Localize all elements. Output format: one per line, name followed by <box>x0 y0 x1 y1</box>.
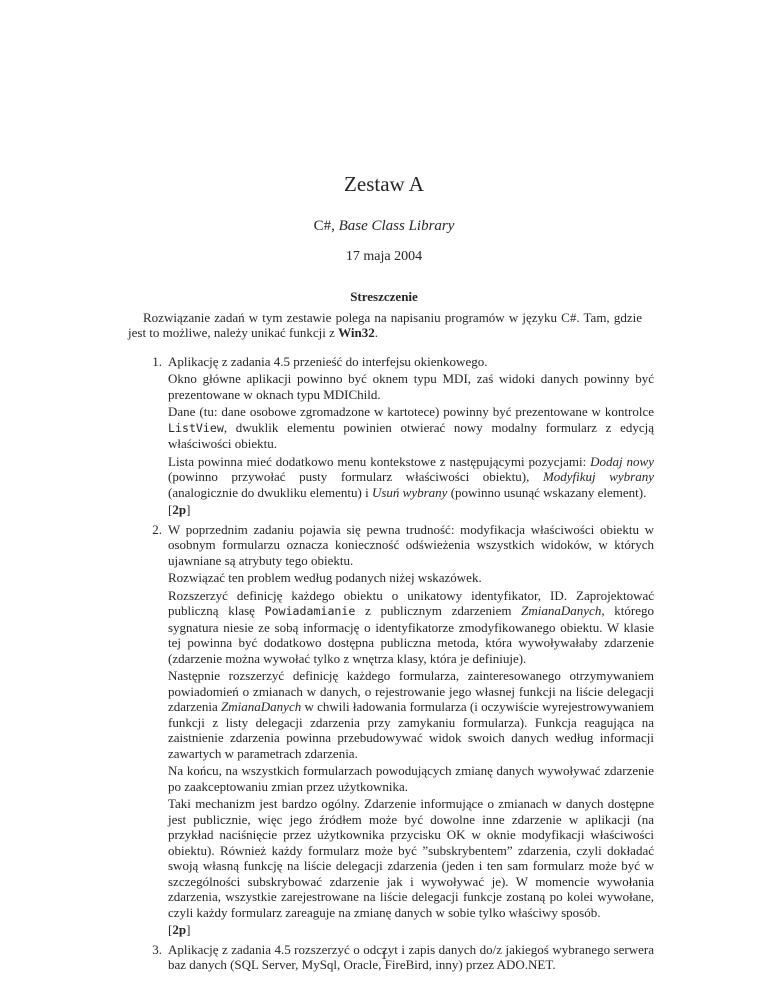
text-segment: Dodaj nowy <box>590 454 654 469</box>
document-subtitle: C#, Base Class Library <box>0 217 768 235</box>
task-paragraph: W poprzednim zadaniu pojawia się pewna t… <box>168 522 654 569</box>
text-segment: Usuń wybrany <box>372 485 447 500</box>
text-segment: 2p <box>172 502 186 517</box>
text-segment: Win32 <box>338 325 375 340</box>
text-segment: Modyfikuj wybrany <box>543 469 654 484</box>
text-segment: 2p <box>172 922 186 937</box>
task-paragraph: Rozwiązać ten problem według podanych ni… <box>168 570 654 586</box>
task-paragraph: Lista powinna mieć dodatkowo menu kontek… <box>168 454 654 501</box>
text-segment: , dwuklik elementu powinien otwierać now… <box>168 420 654 452</box>
document-title: Zestaw A <box>0 172 768 197</box>
text-segment: Taki mechanizm jest bardzo ogólny. Zdarz… <box>168 796 654 920</box>
text-segment: ListView <box>168 421 224 435</box>
item-number: 2. <box>152 522 168 538</box>
text-segment: z publicznym zdarzeniem <box>355 603 521 618</box>
text-segment: ] <box>186 502 190 517</box>
task-paragraph: Aplikację z zadania 4.5 przenieść do int… <box>168 354 654 370</box>
task-paragraph: Następnie rozszerzyć definicję każdego f… <box>168 668 654 761</box>
text-segment: Dane (tu: dane osobowe zgromadzone w kar… <box>168 404 654 419</box>
text-segment: Lista powinna mieć dodatkowo menu kontek… <box>168 454 590 469</box>
task-list: 1. Aplikację z zadania 4.5 przenieść do … <box>168 354 654 973</box>
points-badge: [2p] <box>168 922 654 938</box>
task-paragraph: Rozszerzyć definicję każdego obiektu o u… <box>168 588 654 667</box>
task-paragraph: Na końcu, na wszystkich formularzach pow… <box>168 763 654 794</box>
document-date: 17 maja 2004 <box>0 248 768 265</box>
text-segment: ZmianaDanych <box>521 603 601 618</box>
text-segment: Base Class Library <box>339 218 455 234</box>
text-segment: C#, <box>314 218 339 234</box>
item-number: 1. <box>152 354 168 370</box>
page-number: 1 <box>0 947 768 963</box>
text-segment: Rozwiązać ten problem według podanych ni… <box>168 570 482 585</box>
abstract-text: Rozwiązanie zadań w tym zestawie polega … <box>128 310 642 341</box>
points-badge: [2p] <box>168 502 654 518</box>
text-segment: (analogicznie do dwukliku elementu) i <box>168 485 372 500</box>
text-segment: W poprzednim zadaniu pojawia się pewna t… <box>168 522 654 568</box>
text-segment: Aplikację z zadania 4.5 przenieść do int… <box>168 354 487 369</box>
text-segment: ZmianaDanych <box>221 699 301 714</box>
abstract-heading: Streszczenie <box>0 289 768 305</box>
text-segment: ] <box>186 922 190 937</box>
task-paragraph: Dane (tu: dane osobowe zgromadzone w kar… <box>168 404 654 452</box>
text-segment: (powinno przywołać pusty formularz właśc… <box>168 469 543 484</box>
task-item-2: 2. W poprzednim zadaniu pojawia się pewn… <box>168 522 654 938</box>
document-page: Zestaw A C#, Base Class Library 17 maja … <box>0 0 768 994</box>
task-paragraph: Taki mechanizm jest bardzo ogólny. Zdarz… <box>168 796 654 920</box>
text-segment: (powinno usunąć wskazany element). <box>447 485 646 500</box>
task-item-1: 1. Aplikację z zadania 4.5 przenieść do … <box>168 354 654 518</box>
text-segment: . <box>375 325 378 340</box>
task-paragraph: Okno główne aplikacji powinno być oknem … <box>168 371 654 402</box>
document-header: Zestaw A C#, Base Class Library 17 maja … <box>0 0 768 305</box>
text-segment: Rozwiązanie zadań w tym zestawie polega … <box>128 310 642 341</box>
text-segment: Powiadamianie <box>265 604 356 618</box>
text-segment: Okno główne aplikacji powinno być oknem … <box>168 371 654 402</box>
text-segment: Na końcu, na wszystkich formularzach pow… <box>168 763 654 794</box>
